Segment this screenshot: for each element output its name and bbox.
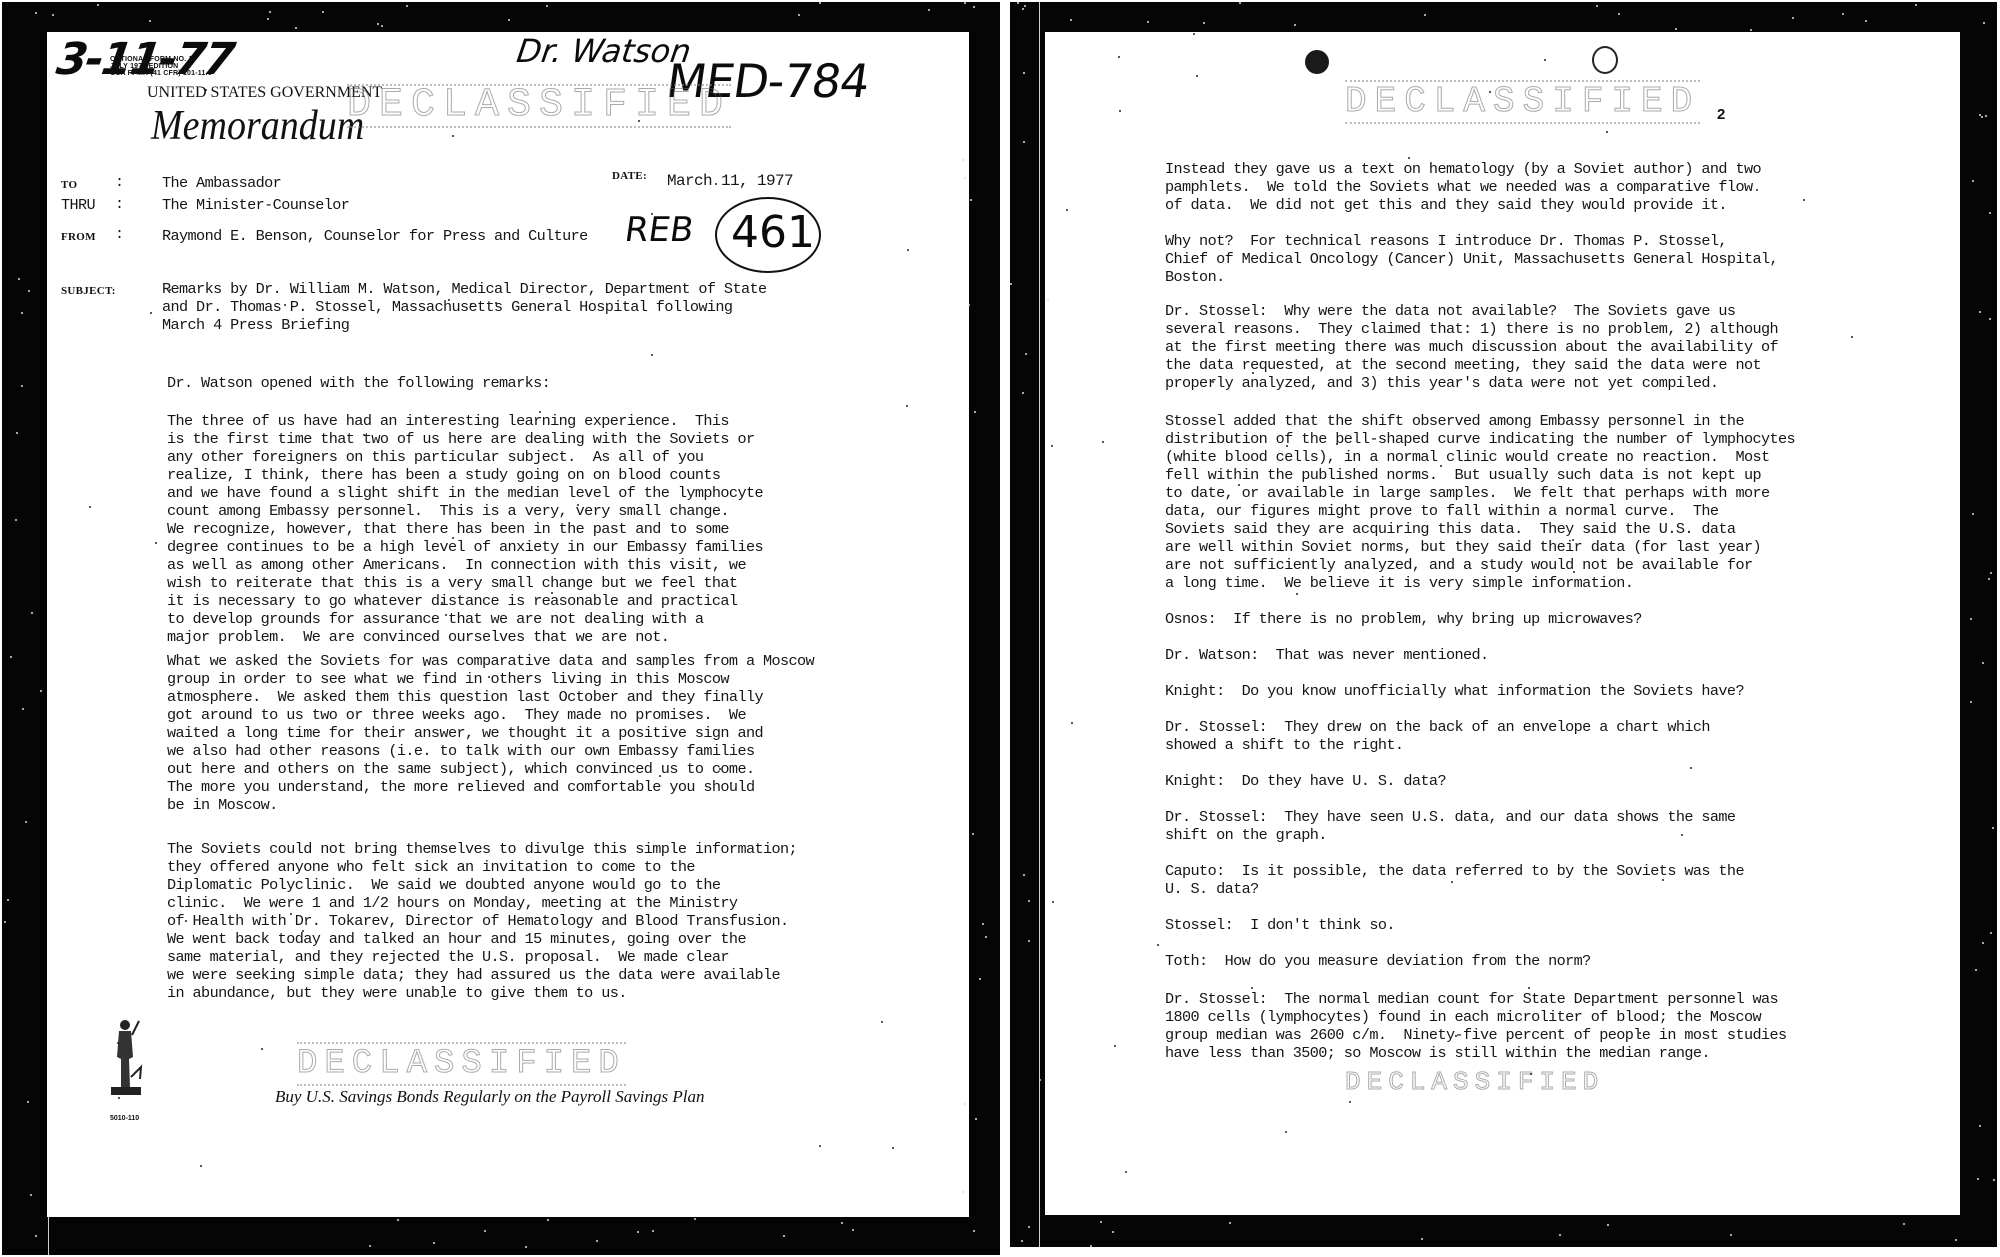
scan-speck — [651, 354, 653, 356]
scan-speck — [185, 920, 187, 922]
scan-speck — [1028, 900, 1030, 902]
scan-speck — [452, 135, 454, 137]
scan-speck — [31, 612, 33, 614]
scan-speck — [974, 411, 976, 413]
scan-speck — [1196, 75, 1198, 77]
scan-speck — [1455, 1035, 1457, 1037]
memo-text-line: and we have found a slight shift in the … — [167, 484, 763, 502]
memo-text-line: Why not? For technical reasons I introdu… — [1165, 232, 1727, 250]
scan-speck — [322, 11, 324, 13]
savings-bonds-slogan: Buy U.S. Savings Bonds Regularly on the … — [275, 1087, 705, 1107]
scan-speck — [1028, 1226, 1030, 1228]
scan-speck — [1639, 1032, 1641, 1034]
memo-text-line: several reasons. They claimed that: 1) t… — [1165, 320, 1778, 338]
scan-speck — [381, 25, 383, 27]
scan-speck — [1730, 1234, 1732, 1236]
scan-speck — [363, 434, 365, 436]
scan-speck — [508, 19, 510, 21]
memo-text-line: count among Embassy personnel. This is a… — [167, 502, 729, 520]
scan-speck — [637, 1231, 639, 1233]
memo-text-line: in abundance, but they were unable to gi… — [167, 984, 627, 1002]
form-number-block: OPTIONAL FORM NO. 10 JULY 1973 EDITION G… — [110, 56, 212, 77]
handwritten-circled-number: 461 — [731, 207, 815, 258]
scan-speck — [638, 120, 640, 122]
scan-speck — [1193, 33, 1195, 35]
scan-speck — [783, 1235, 785, 1237]
scan-speck — [1985, 115, 1987, 117]
scan-speck — [715, 183, 717, 185]
memo-text-line: distribution of the bell-shaped curve in… — [1165, 430, 1795, 448]
scan-speck — [730, 782, 732, 784]
scan-speck — [302, 930, 304, 932]
scan-speck — [1239, 2, 1241, 4]
memo-text-line: Stossel added that the shift observed am… — [1165, 412, 1744, 430]
scan-speck — [1421, 1238, 1423, 1240]
scan-speck — [928, 9, 930, 11]
scan-speck — [1066, 209, 1068, 211]
memo-text-line: Dr. Stossel: They drew on the back of an… — [1165, 718, 1710, 736]
scan-speck — [1559, 1234, 1561, 1236]
form-edition-line: JULY 1973 EDITION — [110, 63, 212, 70]
scan-speck — [1017, 2, 1019, 4]
scan-speck — [1972, 513, 1974, 515]
scan-speck — [27, 1101, 29, 1103]
memo-page-2: DECLASSIFIED 2 Instead they gave us a te… — [1045, 32, 1960, 1215]
scan-speck — [1955, 1239, 1957, 1241]
memo-text-line: have less than 3500; so Moscow is still … — [1165, 1044, 1710, 1062]
scan-speck — [975, 1118, 977, 1120]
scan-speck — [16, 432, 18, 434]
scan-speck — [881, 1021, 883, 1023]
memo-text-line: Chief of Medical Oncology (Cancer) Unit,… — [1165, 250, 1778, 268]
memo-text-line: they offered anyone who felt sick an inv… — [167, 858, 695, 876]
scan-speck — [452, 537, 454, 539]
scan-speck — [694, 1218, 696, 1220]
scan-speck — [1544, 59, 1546, 61]
scan-speck — [589, 493, 591, 495]
scan-speck — [7, 899, 9, 901]
scan-speck — [21, 385, 23, 387]
scan-speck — [149, 20, 151, 22]
scan-speck — [441, 996, 443, 998]
scan-speck — [1982, 662, 1984, 664]
memo-text-line: Caputo: Is it possible, the data referre… — [1165, 862, 1744, 880]
memo-text-line: group median was 2600 c/m. Ninety-five p… — [1165, 1026, 1787, 1044]
scan-speck — [1071, 722, 1073, 724]
scan-speck — [155, 542, 157, 544]
memo-title: Memorandum — [151, 102, 364, 150]
scan-speck — [652, 1230, 654, 1232]
scan-speck — [972, 833, 974, 835]
thru-label: THRU — [61, 196, 95, 214]
memo-text-line: as well as among other Americans. In con… — [167, 556, 746, 574]
scan-speck — [4, 921, 6, 923]
memo-text-line: of data. We did not get this and they sa… — [1165, 196, 1727, 214]
scan-speck — [1125, 1171, 1127, 1173]
memo-text-line: is the first time that two of us here ar… — [167, 430, 754, 448]
scan-speck — [30, 1194, 32, 1196]
memo-text-line: degree continues to be a high level of a… — [167, 538, 763, 556]
memo-text-line: at the first meeting there was much disc… — [1165, 338, 1778, 356]
scan-speck — [970, 199, 972, 201]
memo-text-line: it is necessary to go whatever distance … — [167, 592, 737, 610]
scan-speck — [577, 504, 579, 506]
scan-speck — [1100, 1221, 1102, 1223]
scan-speck — [906, 405, 908, 407]
scan-speck — [1530, 1073, 1532, 1075]
scan-speck — [205, 89, 207, 91]
scan-speck — [973, 1230, 975, 1232]
memo-text-line: 1800 cells (lymphocytes) found in each m… — [1165, 1008, 1761, 1026]
scan-speck — [651, 213, 653, 215]
punch-hole-outline-icon — [1592, 46, 1618, 74]
scan-speck — [985, 936, 987, 938]
scan-speck — [22, 708, 24, 710]
scan-speck — [397, 1219, 399, 1221]
scan-speck — [962, 1191, 964, 1193]
memo-text-line: data, our figures might prove to fall wi… — [1165, 502, 1718, 520]
from-colon: : — [115, 226, 123, 244]
scan-speck — [798, 14, 800, 16]
scan-speck — [1252, 372, 1254, 374]
scan-speck — [1792, 17, 1794, 19]
scan-speck — [484, 1230, 486, 1232]
memo-text-line: Knight: Do they have U. S. data? — [1165, 772, 1446, 790]
scan-speck — [433, 1242, 435, 1244]
memo-text-line: are not sufficiently analyzed, and a stu… — [1165, 556, 1752, 574]
scan-speck — [1023, 72, 1025, 74]
scan-speck — [547, 1219, 549, 1221]
declassified-stamp: DECLASSIFIED — [347, 84, 731, 128]
scan-speck — [1915, 4, 1917, 6]
memo-text-line: pamphlets. We told the Soviets what we n… — [1165, 178, 1752, 196]
scan-speck — [1851, 336, 1853, 338]
scan-speck — [1021, 1240, 1023, 1242]
scan-speck — [261, 1048, 263, 1050]
memo-text-line: be in Moscow. — [167, 796, 278, 814]
scan-speck — [546, 5, 548, 7]
scan-speck — [200, 1165, 202, 1167]
memo-text-line: shift on the graph. — [1165, 826, 1327, 844]
from-label: FROM — [61, 231, 96, 243]
scan-speck — [1052, 901, 1054, 903]
scan-speck — [15, 519, 17, 521]
scan-speck — [1424, 14, 1426, 16]
memo-text-line: Diplomatic Polyclinic. We said we doubte… — [167, 876, 720, 894]
scan-speck — [25, 821, 27, 823]
memo-text-line: Dr. Stossel: They have seen U.S. data, a… — [1165, 808, 1735, 826]
scan-speck — [1024, 5, 1026, 7]
scan-speck — [1865, 20, 1867, 22]
subject-line: and Dr. Thomas P. Stossel, Massachusetts… — [162, 298, 732, 316]
handwritten-initials: REB — [622, 210, 696, 250]
scan-speck — [1990, 932, 1992, 934]
memo-text-line: The Soviets could not bring themselves t… — [167, 840, 797, 858]
form-number-line: OPTIONAL FORM NO. 10 — [110, 56, 212, 63]
memo-text-line: any other foreigners on this particular … — [167, 448, 703, 466]
subject-line: Remarks by Dr. William M. Watson, Medica… — [162, 280, 767, 298]
memo-text-line: What we asked the Soviets for was compar… — [167, 652, 814, 670]
form-code: 5010-110 — [110, 1115, 139, 1122]
scan-speck — [52, 14, 54, 16]
memo-text-line: Dr. Stossel: Why were the data not avail… — [1165, 302, 1735, 320]
scan-speck — [1988, 578, 1990, 580]
memo-text-line: wish to reiterate that this is a very sm… — [167, 574, 737, 592]
memo-text-line: to develop grounds for assurance that we… — [167, 610, 703, 628]
memo-page-1: 3-11-77 Dr. Watson MED-784 OPTIONAL FORM… — [47, 32, 969, 1217]
scan-speck — [525, 1246, 527, 1248]
scan-speck — [1983, 22, 1985, 24]
scan-speck — [1618, 13, 1620, 15]
scan-speck — [1451, 881, 1453, 883]
scan-speck — [1989, 318, 1991, 320]
memo-text-line: U. S. data? — [1165, 880, 1259, 898]
scan-speck — [1981, 116, 1983, 118]
scan-speck — [1975, 969, 1977, 971]
memo-text-line: showed a shift to the right. — [1165, 736, 1403, 754]
scan-speck — [964, 2, 966, 4]
scan-speck — [892, 1147, 894, 1149]
memo-text-line: same material, and they rejected the U.S… — [167, 948, 729, 966]
memo-text-line: atmosphere. We asked them this question … — [167, 688, 763, 706]
scan-speck — [1349, 1101, 1351, 1103]
memo-text-line: clinic. We were 1 and 1/2 hours on Monda… — [167, 894, 737, 912]
scan-speck — [1992, 827, 1994, 829]
scan-speck — [719, 768, 721, 770]
scan-speck — [1475, 508, 1477, 510]
scan-speck — [441, 602, 443, 604]
scan-speck — [1112, 1231, 1114, 1233]
scan-speck — [1982, 942, 1984, 944]
scan-speck — [1903, 1223, 1905, 1225]
scan-speck — [1606, 131, 1608, 133]
scan-speck — [1336, 443, 1338, 445]
scan-speck — [445, 614, 447, 616]
scan-speck — [284, 304, 286, 306]
memo-text-line: fell within the published norms. But usu… — [1165, 466, 1761, 484]
scan-speck — [1990, 572, 1992, 574]
scan-speck — [97, 4, 99, 6]
scan-speck — [973, 6, 975, 8]
memo-text-line: got around to us two or three weeks ago.… — [167, 706, 746, 724]
declassified-stamp: DECLASSIFIED — [297, 1042, 626, 1086]
memo-text-line: we were seeking simple data; they had as… — [167, 966, 780, 984]
scan-speck — [21, 312, 23, 314]
circled-number-mark: 461 — [715, 197, 821, 273]
scan-speck — [1596, 5, 1598, 7]
memo-text-line: Soviets said they are acquiring this dat… — [1165, 520, 1735, 538]
scan-speck — [377, 23, 379, 25]
scan-speck — [1022, 392, 1024, 394]
scan-speck — [1970, 701, 1972, 703]
scan-speck — [1989, 212, 1991, 214]
scan-speck — [290, 913, 292, 915]
scan-speck — [907, 249, 909, 251]
memo-text-line: realize, I think, there has been a study… — [167, 466, 720, 484]
scan-speck — [979, 978, 981, 980]
scan-speck — [295, 27, 297, 29]
to-label: TO — [61, 179, 77, 191]
scan-speck — [1294, 24, 1296, 26]
scan-speck — [1681, 834, 1683, 836]
scan-speck — [1842, 13, 1844, 15]
scan-speck — [1408, 157, 1410, 159]
scan-speck — [1119, 110, 1121, 112]
scan-speck — [1114, 1045, 1116, 1047]
scan-speck — [28, 290, 30, 292]
scan-speck — [470, 303, 472, 305]
scan-speck — [1070, 19, 1072, 21]
scan-speck — [495, 302, 497, 304]
scan-speck — [1286, 445, 1288, 447]
scan-speck — [1662, 879, 1664, 881]
memo-text-line: Boston. — [1165, 268, 1225, 286]
form-regulation-line: GSA FPMR (41 CFR) 101-11.6 — [110, 70, 212, 77]
punch-hole-filled-icon — [1305, 50, 1329, 74]
subject-line: March 4 Press Briefing — [162, 316, 349, 334]
scan-speck — [968, 304, 970, 306]
scan-artifact-line — [1039, 2, 1040, 1247]
minuteman-statue-icon — [107, 1017, 147, 1107]
scan-speck — [1528, 987, 1530, 989]
scan-speck — [1102, 441, 1104, 443]
scan-speck — [1489, 91, 1491, 93]
scan-speck — [1022, 8, 1024, 10]
scan-speck — [1023, 874, 1025, 876]
scan-page-1-frame: 3-11-77 Dr. Watson MED-784 OPTIONAL FORM… — [2, 2, 1000, 1255]
scan-speck — [1993, 1179, 1995, 1181]
scan-speck — [1440, 465, 1442, 467]
scan-speck — [964, 177, 966, 179]
scan-speck — [1750, 29, 1752, 31]
date-value: March 11, 1977 — [667, 172, 793, 190]
scan-speck — [118, 1097, 120, 1099]
scan-speck — [841, 1222, 843, 1224]
scan-speck — [448, 299, 450, 301]
scan-page-2-frame: DECLASSIFIED 2 Instead they gave us a te… — [1010, 2, 1997, 1247]
scan-speck — [551, 592, 553, 594]
memo-text-line: to date, or available in large samples. … — [1165, 484, 1770, 502]
memo-text-line: major problem. We are convinced ourselve… — [167, 628, 669, 646]
thru-value: The Minister-Counselor — [162, 196, 349, 214]
declassified-stamp: DECLASSIFIED — [1345, 1062, 1604, 1102]
memo-text-line: out here and others on the same subject)… — [167, 760, 754, 778]
scan-speck — [10, 656, 12, 658]
memo-text-line: group in order to see what we find in ot… — [167, 670, 729, 688]
scan-speck — [1296, 593, 1298, 595]
memo-text-line: properly analyzed, and 3) this year's da… — [1165, 374, 1718, 392]
scan-speck — [596, 1240, 598, 1242]
scan-speck — [1023, 141, 1025, 143]
memo-text-line: Knight: Do you know unofficially what in… — [1165, 682, 1744, 700]
scan-speck — [982, 923, 984, 925]
memo-text-line: Osnos: If there is no problem, why bring… — [1165, 610, 1642, 628]
scan-speck — [964, 1103, 966, 1105]
scan-speck — [89, 506, 91, 508]
scan-speck — [150, 312, 152, 314]
memo-text-line: a long time. We believe it is very simpl… — [1165, 574, 1633, 592]
memo-text-line: the data requested, at the second meetin… — [1165, 356, 1761, 374]
to-colon: : — [115, 174, 123, 192]
scan-speck — [117, 1042, 119, 1044]
memo-text-line: (white blood cells), in a normal clinic … — [1165, 448, 1770, 466]
scan-speck — [1690, 767, 1692, 769]
memo-text-line: of Health with Dr. Tokarev, Director of … — [167, 912, 789, 930]
scan-speck — [1229, 1222, 1231, 1224]
scan-speck — [1285, 1131, 1287, 1133]
scan-speck — [40, 690, 42, 692]
scan-speck — [1251, 987, 1253, 989]
scan-speck — [406, 5, 408, 7]
scan-speck — [962, 159, 964, 161]
memo-text-line: Instead they gave us a text on hematolog… — [1165, 160, 1761, 178]
scan-speck — [169, 289, 171, 291]
from-value: Raymond E. Benson, Counselor for Press a… — [162, 227, 588, 245]
to-value: The Ambassador — [162, 174, 281, 192]
memo-text-line: waited a long time for their answer, we … — [167, 724, 763, 742]
scan-speck — [1157, 944, 1159, 946]
scan-speck — [1047, 299, 1049, 301]
scan-speck — [35, 1235, 37, 1237]
scan-speck — [1803, 199, 1805, 201]
scan-speck — [1977, 1178, 1979, 1180]
scan-speck — [819, 2, 821, 4]
scan-speck — [1010, 283, 1012, 285]
memo-text-line: The more you understand, the more reliev… — [167, 778, 754, 796]
scan-speck — [488, 676, 490, 678]
memo-text-line: The three of us have had an interesting … — [167, 412, 729, 430]
scan-speck — [1573, 571, 1575, 573]
scan-speck — [1607, 1224, 1609, 1226]
scan-speck — [1147, 21, 1149, 23]
handwritten-name-note: Dr. Watson — [514, 32, 693, 70]
scan-speck — [1970, 618, 1972, 620]
scan-speck — [1675, 28, 1677, 30]
scan-speck — [424, 664, 426, 666]
declassified-stamp: DECLASSIFIED — [1345, 80, 1700, 124]
memo-text-line: Dr. Stossel: The normal median count for… — [1165, 990, 1778, 1008]
scan-speck — [18, 278, 20, 280]
page-number: 2 — [1717, 106, 1725, 123]
memo-text-line: we also had other reasons (i.e. to talk … — [167, 742, 754, 760]
scan-speck — [1756, 189, 1758, 191]
thru-colon: : — [115, 196, 123, 214]
scan-speck — [1979, 311, 1981, 313]
scan-speck — [35, 12, 37, 14]
scan-speck — [1039, 1079, 1041, 1081]
scan-speck — [1028, 940, 1030, 942]
scan-speck — [1118, 56, 1120, 58]
scan-speck — [1025, 353, 1027, 355]
subject-label: SUBJECT: — [61, 285, 116, 297]
memo-text-line: are well within Soviet norms, but they s… — [1165, 538, 1761, 556]
scan-speck — [369, 1245, 371, 1247]
intro-line: Dr. Watson opened with the following rem… — [167, 374, 550, 392]
scan-speck — [1238, 484, 1240, 486]
scan-speck — [269, 11, 271, 13]
memo-text-line: Dr. Watson: That was never mentioned. — [1165, 646, 1489, 664]
scan-speck — [1212, 381, 1214, 383]
scan-speck — [1051, 445, 1053, 447]
scan-speck — [1979, 1125, 1981, 1127]
memo-text-line: Stossel: I don't think so. — [1165, 916, 1395, 934]
date-label: DATE: — [612, 170, 647, 182]
scan-speck — [267, 18, 269, 20]
scan-speck — [1572, 539, 1574, 541]
scan-speck — [819, 1145, 821, 1147]
scan-speck — [852, 1229, 854, 1231]
scan-speck — [539, 411, 541, 413]
